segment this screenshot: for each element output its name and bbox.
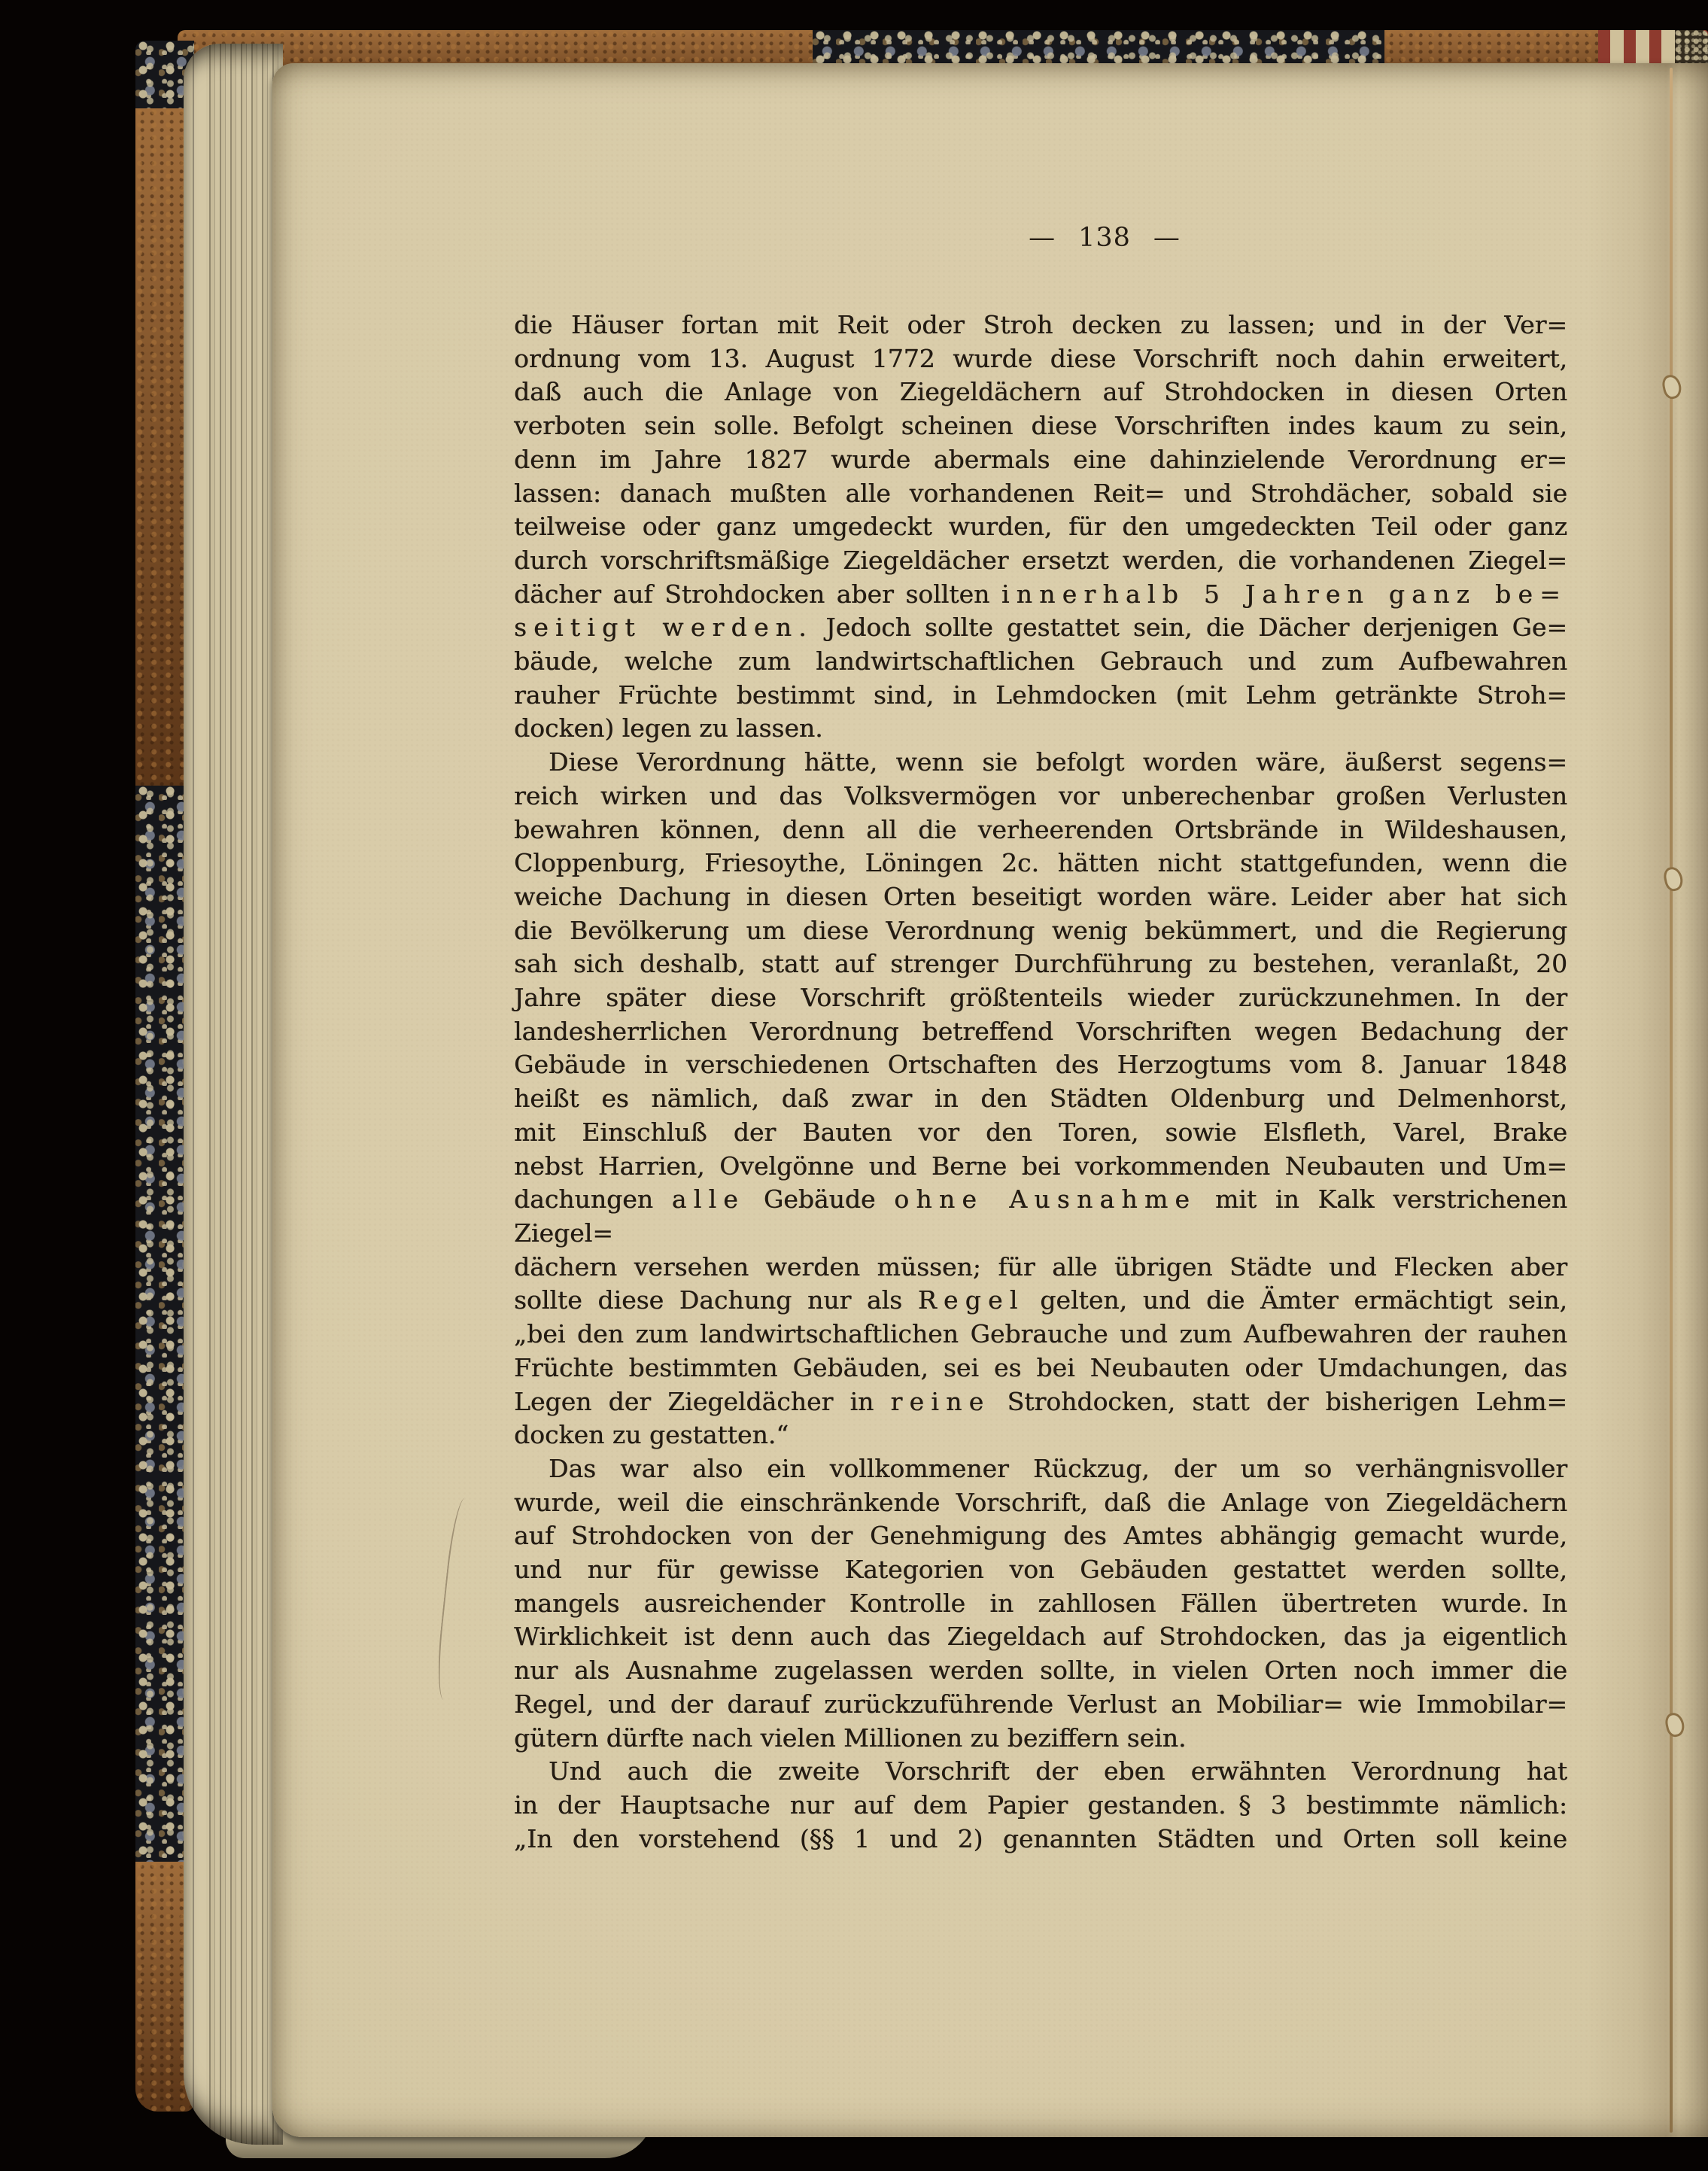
text-line: nur als Ausnahme zugelassen werden sollt… [514,1654,1567,1688]
text-line: „bei den zum landwirtschaftlichen Gebrau… [514,1318,1567,1352]
text-segment: ordnung vom 13. August 1772 wurde diese … [514,344,1567,373]
text-line: Früchte bestimmten Gebäuden, sei es bei … [514,1352,1567,1385]
text-line: Wirklichkeit ist denn auch das Ziegeldac… [514,1620,1567,1654]
folio-dash-left: — [1029,223,1056,253]
text-segment: Wirklichkeit ist denn auch das Ziegeldac… [514,1622,1567,1651]
text-line: lassen: danach mußten alle vorhandenen R… [514,477,1567,511]
text-line: verboten sein solle. Befolgt scheinen di… [514,409,1567,443]
text-segment: Früchte bestimmten Gebäuden, sei es bei … [514,1353,1567,1382]
text-line: ordnung vom 13. August 1772 wurde diese … [514,342,1567,376]
text-line: gütern dürfte nach vielen Millionen zu b… [514,1722,1567,1756]
text-segment: nur als Ausnahme zugelassen werden sollt… [514,1656,1567,1685]
text-line: docken) legen zu lassen. [514,712,1567,746]
text-segment: rauher Früchte bestimmt sind, in Lehmdoc… [514,680,1567,710]
text-segment: Und auch die zweite Vorschrift der eben … [549,1756,1567,1786]
text-line: docken zu gestatten.“ [514,1418,1567,1452]
text-line: die Häuser fortan mit Reit oder Stroh de… [514,309,1567,342]
text-segment: Gebäude [745,1184,894,1214]
text-line: bäude, welche zum landwirtschaftlichen G… [514,645,1567,679]
text-segment: teilweise oder ganz umgedeckt wurden, fü… [514,512,1567,541]
text-line: Und auch die zweite Vorschrift der eben … [514,1755,1567,1789]
text-line: heißt es nämlich, daß zwar in den Städte… [514,1082,1567,1116]
text-line: denn im Jahre 1827 wurde abermals eine d… [514,443,1567,477]
text-line: die Bevölkerung um diese Verordnung weni… [514,914,1567,948]
stray-fiber-mark [433,1497,476,1701]
text-line: Das war also ein vollkommener Rückzug, d… [514,1452,1567,1486]
text-segment: Jahre später diese Vorschrift größtentei… [514,983,1567,1012]
text-segment: mangels ausreichender Kontrolle in zahll… [514,1589,1567,1618]
text-segment: Strohdocken, statt der bisherigen Lehm= [990,1387,1567,1416]
text-segment: bäude, welche zum landwirtschaftlichen G… [514,646,1567,676]
text-segment: dächern versehen werden müssen; für alle… [514,1252,1567,1282]
text-line: Diese Verordnung hätte, wenn sie befolgt… [514,746,1567,780]
text-segment: Jedoch sollte gestattet sein, die Dächer… [813,613,1567,642]
text-line: seitigt werden. Jedoch sollte gestattet … [514,611,1567,645]
text-segment: durch vorschriftsmäßige Ziegeldächer ers… [514,546,1567,575]
emphasized-spaced-text: innerhalb 5 Jahren ganz be= [1001,579,1567,609]
text-line: mit Einschluß der Bauten vor den Toren, … [514,1116,1567,1150]
folio-dash-right: — [1153,223,1181,253]
page-edge-stack [184,44,283,2145]
emphasized-spaced-text: seitigt werden. [514,613,813,642]
text-line: durch vorschriftsmäßige Ziegeldächer ers… [514,544,1567,578]
text-segment: verboten sein solle. Befolgt scheinen di… [514,411,1567,440]
text-segment: landesherrlichen Verordnung betreffend V… [514,1017,1567,1046]
text-segment: docken zu gestatten.“ [514,1420,789,1449]
text-segment: und nur für gewisse Kategorien von Gebäu… [514,1555,1567,1584]
text-segment: Legen der Ziegeldächer in [514,1387,891,1416]
text-line: daß auch die Anlage von Ziegeldächern au… [514,376,1567,409]
text-line: Cloppenburg, Friesoythe, Löningen 2c. hä… [514,847,1567,880]
text-line: Legen der Ziegeldächer in reine Strohdoc… [514,1385,1567,1419]
text-segment: dachungen [514,1184,672,1214]
text-segment: „bei den zum landwirtschaftlichen Gebrau… [514,1319,1567,1349]
emphasized-spaced-text: alle [672,1184,745,1214]
emphasized-spaced-text: ohne Ausnahme [894,1184,1196,1214]
text-segment: Cloppenburg, Friesoythe, Löningen 2c. hä… [514,848,1567,877]
text-line: rauher Früchte bestimmt sind, in Lehmdoc… [514,679,1567,713]
text-block: die Häuser fortan mit Reit oder Stroh de… [514,309,1567,1856]
text-segment: „In den vorstehend (§§ 1 und 2) genannte… [514,1824,1567,1853]
text-segment: auf Strohdocken von der Genehmigung des … [514,1521,1567,1550]
text-segment: daß auch die Anlage von Ziegeldächern au… [514,377,1567,406]
text-segment: gelten, und die Ämter ermächtigt sein, [1025,1285,1567,1315]
text-segment: weiche Dachung in diesen Orten beseitigt… [514,882,1567,911]
text-line: weiche Dachung in diesen Orten beseitigt… [514,880,1567,914]
page-number: 138 [1078,223,1131,253]
text-line: mangels ausreichender Kontrolle in zahll… [514,1587,1567,1621]
text-segment: Gebäude in verschiedenen Ortschaften des… [514,1050,1567,1079]
text-line: nebst Harrien, Ovelgönne und Berne bei v… [514,1150,1567,1184]
text-segment: gütern dürfte nach vielen Millionen zu b… [514,1723,1186,1753]
emphasized-spaced-text: reine [891,1387,991,1416]
text-line: wurde, weil die einschränkende Vorschrif… [514,1486,1567,1520]
text-segment: lassen: danach mußten alle vorhandenen R… [514,479,1567,508]
text-segment: nebst Harrien, Ovelgönne und Berne bei v… [514,1151,1567,1181]
text-line: auf Strohdocken von der Genehmigung des … [514,1519,1567,1553]
text-segment: Das war also ein vollkommener Rückzug, d… [549,1454,1567,1483]
text-line: teilweise oder ganz umgedeckt wurden, fü… [514,510,1567,544]
text-line: „In den vorstehend (§§ 1 und 2) genannte… [514,1823,1567,1856]
text-segment: mit Einschluß der Bauten vor den Toren, … [514,1117,1567,1147]
text-segment: wurde, weil die einschränkende Vorschrif… [514,1488,1567,1517]
text-line: und nur für gewisse Kategorien von Gebäu… [514,1553,1567,1587]
text-line: reich wirken und das Volksvermögen vor u… [514,780,1567,813]
text-line: landesherrlichen Verordnung betreffend V… [514,1015,1567,1049]
text-line: sollte diese Dachung nur als Regel gelte… [514,1284,1567,1318]
folio-line: —138— [514,223,1567,253]
gutter-shade [1588,63,1708,2137]
text-line: dächer auf Strohdocken aber sollten inne… [514,578,1567,612]
scanned-book-photo: —138— die Häuser fortan mit Reit oder St… [0,0,1708,2171]
text-segment: reich wirken und das Volksvermögen vor u… [514,781,1567,810]
text-line: dachungen alle Gebäude ohne Ausnahme mit… [514,1183,1567,1250]
text-line: bewahren können, denn all die verheerend… [514,813,1567,847]
text-segment: dächer auf Strohdocken aber sollten [514,579,1001,609]
text-line: dächern versehen werden müssen; für alle… [514,1251,1567,1285]
text-line: Jahre später diese Vorschrift größtentei… [514,981,1567,1015]
text-segment: in der Hauptsache nur auf dem Papier ges… [514,1790,1567,1820]
text-segment: sollte diese Dachung nur als [514,1285,918,1315]
text-line: Gebäude in verschiedenen Ortschaften des… [514,1048,1567,1082]
text-segment: docken) legen zu lassen. [514,713,823,743]
text-segment: denn im Jahre 1827 wurde abermals eine d… [514,445,1567,474]
text-segment: bewahren können, denn all die verheerend… [514,815,1567,844]
text-segment: die Häuser fortan mit Reit oder Stroh de… [514,310,1567,339]
emphasized-spaced-text: Regel [918,1285,1025,1315]
text-segment: Diese Verordnung hätte, wenn sie befolgt… [549,747,1567,777]
book-page: —138— die Häuser fortan mit Reit oder St… [272,63,1708,2137]
text-line: sah sich deshalb, statt auf strenger Dur… [514,947,1567,981]
text-line: Regel, und der darauf zurückzuführende V… [514,1688,1567,1722]
text-segment: Regel, und der darauf zurückzuführende V… [514,1689,1567,1719]
text-line: in der Hauptsache nur auf dem Papier ges… [514,1789,1567,1823]
text-segment: sah sich deshalb, statt auf strenger Dur… [514,949,1567,978]
text-segment: die Bevölkerung um diese Verordnung weni… [514,916,1567,945]
text-segment: heißt es nämlich, daß zwar in den Städte… [514,1084,1567,1113]
